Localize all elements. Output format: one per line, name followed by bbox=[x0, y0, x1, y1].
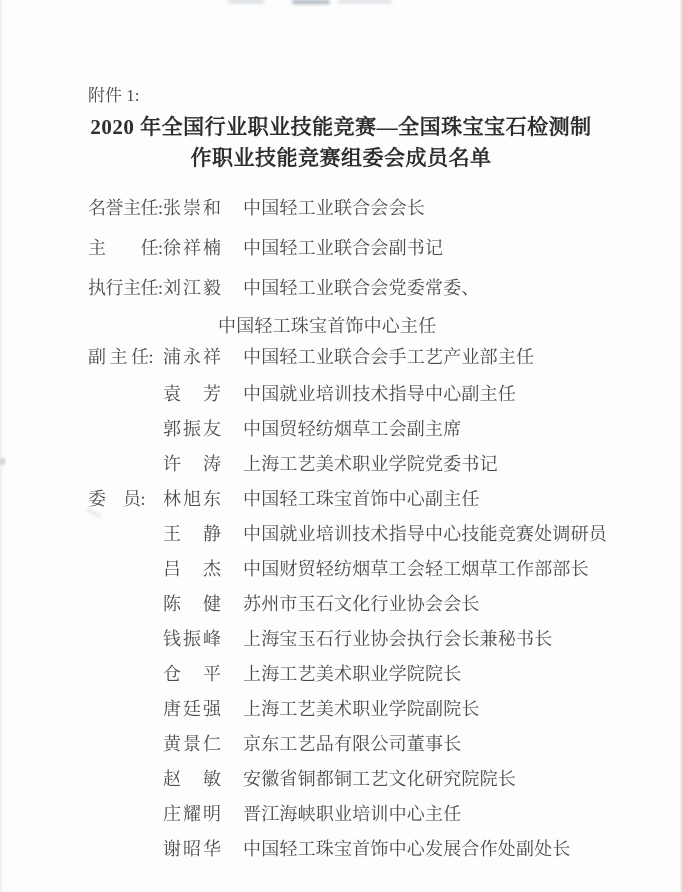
member-row: 名誉主任: 张崇和 中国轻工业联合会会长 bbox=[88, 199, 670, 218]
role-label: 主 任: bbox=[88, 239, 163, 258]
member-row: 执行主任: 刘江毅 中国轻工业联合会党委常委、 bbox=[88, 279, 670, 298]
member-title: 晋江海峡职业培训中心主任 bbox=[243, 805, 461, 824]
member-name: 浦永祥 bbox=[163, 348, 243, 367]
member-name: 唐廷强 bbox=[163, 700, 243, 719]
document-title: 2020 年全国行业职业技能竞赛—全国珠宝宝石检测制 作职业技能竞赛组委会成员名… bbox=[40, 112, 642, 174]
member-row: 庄耀明 晋江海峡职业培训中心主任 bbox=[88, 805, 670, 824]
scan-smudge bbox=[228, 0, 264, 3]
member-title: 中国贸轻纺烟草工会副主席 bbox=[243, 420, 461, 439]
member-title: 中国轻工业联合会党委常委、 bbox=[243, 279, 480, 298]
member-title: 中国轻工珠宝首饰中心主任 bbox=[218, 317, 436, 336]
member-row: 谢昭华 中国轻工珠宝首饰中心发展合作处副处长 bbox=[88, 840, 670, 859]
member-row: 许 涛 上海工艺美术职业学院党委书记 bbox=[88, 455, 670, 474]
member-title: 上海工艺美术职业学院副院长 bbox=[243, 700, 480, 719]
member-name: 许 涛 bbox=[163, 455, 243, 474]
member-name: 黄景仁 bbox=[163, 735, 243, 754]
member-row: 主 任: 徐祥楠 中国轻工业联合会副书记 bbox=[88, 239, 670, 258]
document-title-line2: 作职业技能竞赛组委会成员名单 bbox=[40, 143, 642, 174]
member-name: 郭振友 bbox=[163, 420, 243, 439]
member-title: 上海工艺美术职业学院党委书记 bbox=[243, 455, 498, 474]
member-name: 林旭东 bbox=[163, 490, 243, 509]
scan-smudge bbox=[292, 0, 330, 4]
member-title: 苏州市玉石文化行业协会会长 bbox=[243, 595, 480, 614]
member-row: 副 主 任: 浦永祥 中国轻工业联合会手工艺产业部主任 bbox=[88, 348, 670, 367]
role-label: 副 主 任: bbox=[88, 348, 163, 367]
member-title: 中国轻工业联合会副书记 bbox=[243, 239, 443, 258]
member-row: 袁 芳 中国就业培训技术指导中心副主任 bbox=[88, 385, 670, 404]
member-name: 仓 平 bbox=[163, 665, 243, 684]
member-row: 赵 敏 安徽省铜都铜工艺文化研究院院长 bbox=[88, 770, 670, 789]
role-label: 委 员: bbox=[88, 490, 163, 509]
member-title: 上海工艺美术职业学院院长 bbox=[243, 665, 461, 684]
role-label: 执行主任: bbox=[88, 279, 163, 298]
member-name: 庄耀明 bbox=[163, 805, 243, 824]
member-title: 中国轻工珠宝首饰中心发展合作处副处长 bbox=[243, 840, 571, 859]
role-label: 名誉主任: bbox=[88, 199, 163, 218]
scan-artifact bbox=[0, 458, 5, 465]
member-name: 陈 健 bbox=[163, 595, 243, 614]
member-name: 谢昭华 bbox=[163, 840, 243, 859]
member-name: 吕 杰 bbox=[163, 560, 243, 579]
member-title: 中国就业培训技术指导中心副主任 bbox=[243, 385, 516, 404]
member-name: 袁 芳 bbox=[163, 385, 243, 404]
member-row: 委 员: 林旭东 中国轻工珠宝首饰中心副主任 bbox=[88, 490, 670, 509]
member-title: 中国轻工业联合会会长 bbox=[243, 199, 425, 218]
member-row: 仓 平 上海工艺美术职业学院院长 bbox=[88, 665, 670, 684]
member-name: 钱振峰 bbox=[163, 630, 243, 649]
member-title: 中国就业培训技术指导中心技能竞赛处调研员 bbox=[243, 525, 607, 544]
member-name: 赵 敏 bbox=[163, 770, 243, 789]
attachment-label: 附件 1: bbox=[88, 86, 139, 105]
member-row: 唐廷强 上海工艺美术职业学院副院长 bbox=[88, 700, 670, 719]
member-title: 京东工艺品有限公司董事长 bbox=[243, 735, 461, 754]
scan-smudge bbox=[338, 0, 392, 3]
member-name: 徐祥楠 bbox=[163, 239, 243, 258]
scan-edge-left bbox=[0, 0, 3, 892]
member-title: 安徽省铜都铜工艺文化研究院院长 bbox=[243, 770, 516, 789]
member-row-continuation: 中国轻工珠宝首饰中心主任 bbox=[88, 317, 670, 336]
member-row: 郭振友 中国贸轻纺烟草工会副主席 bbox=[88, 420, 670, 439]
member-row: 王 静 中国就业培训技术指导中心技能竞赛处调研员 bbox=[88, 525, 670, 544]
scanned-document-page: 附件 1: 2020 年全国行业职业技能竞赛—全国珠宝宝石检测制 作职业技能竞赛… bbox=[0, 0, 682, 892]
member-row: 钱振峰 上海宝玉石行业协会执行会长兼秘书长 bbox=[88, 630, 670, 649]
member-title: 上海宝玉石行业协会执行会长兼秘书长 bbox=[243, 630, 552, 649]
member-row: 吕 杰 中国财贸轻纺烟草工会轻工烟草工作部部长 bbox=[88, 560, 670, 579]
member-title: 中国轻工业联合会手工艺产业部主任 bbox=[243, 348, 534, 367]
member-title: 中国轻工珠宝首饰中心副主任 bbox=[243, 490, 480, 509]
member-name: 张崇和 bbox=[163, 199, 243, 218]
member-row: 黄景仁 京东工艺品有限公司董事长 bbox=[88, 735, 670, 754]
member-name: 王 静 bbox=[163, 525, 243, 544]
committee-member-list: 名誉主任: 张崇和 中国轻工业联合会会长 主 任: 徐祥楠 中国轻工业联合会副书… bbox=[88, 199, 670, 875]
member-name: 刘江毅 bbox=[163, 279, 243, 298]
member-row: 陈 健 苏州市玉石文化行业协会会长 bbox=[88, 595, 670, 614]
document-title-line1: 2020 年全国行业职业技能竞赛—全国珠宝宝石检测制 bbox=[40, 112, 642, 143]
member-title: 中国财贸轻纺烟草工会轻工烟草工作部部长 bbox=[243, 560, 589, 579]
